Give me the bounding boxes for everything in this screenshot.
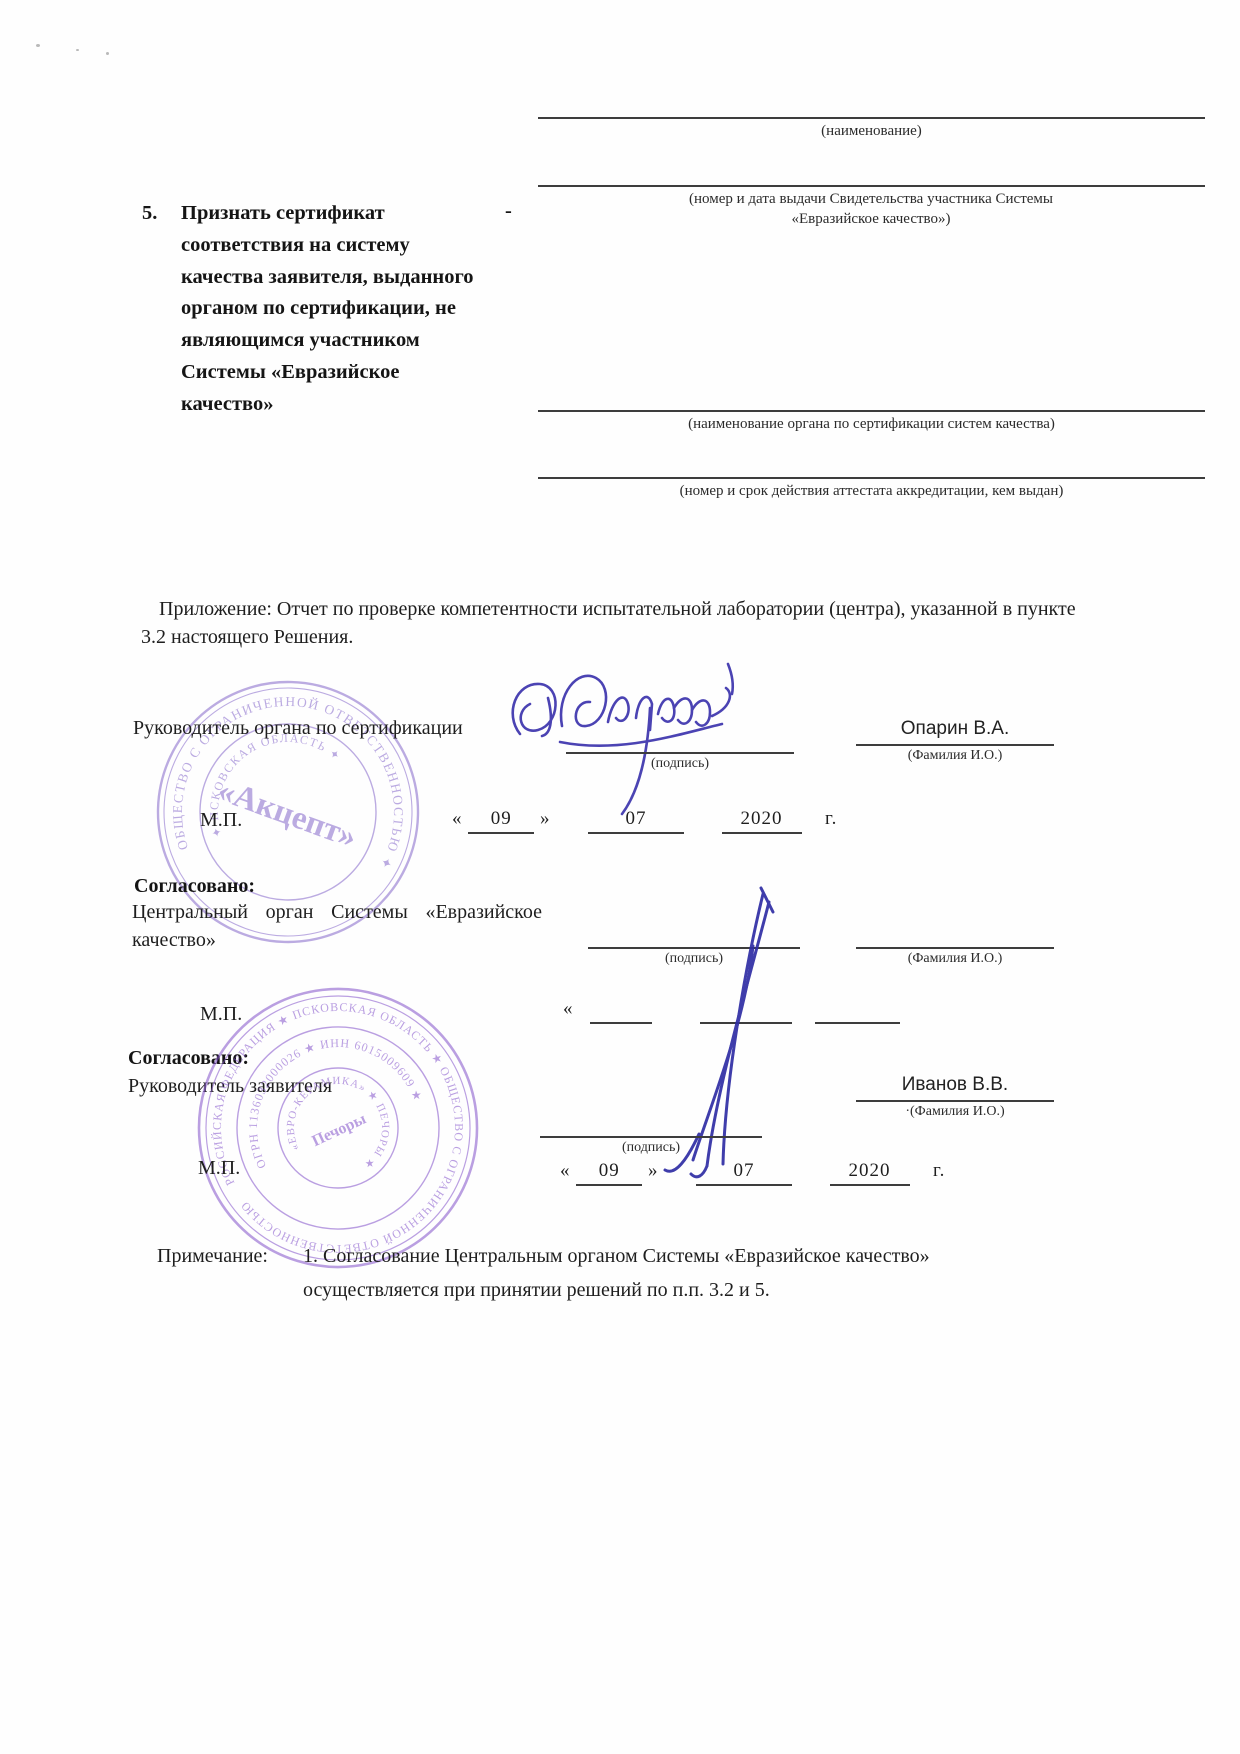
empty-date-row: « — [563, 998, 574, 1020]
field-caption-certificate-number: (номер и дата выдачи Свидетельства участ… — [661, 189, 1081, 230]
month-value: 07 — [696, 1160, 792, 1186]
quote-open: « — [563, 998, 574, 1019]
year-value: 2020 — [830, 1160, 910, 1186]
field-caption-name: (наименование) — [538, 121, 1205, 141]
note-label: Примечание: — [157, 1242, 268, 1270]
scan-noise-speck — [106, 52, 109, 55]
agreed-1-body: Центральный орган Системы «Евразийское к… — [132, 898, 542, 954]
note-line-1: 1. Согласование Центральным органом Сист… — [303, 1242, 963, 1270]
date-row-1: « 09 » 07 2020 г. — [452, 808, 837, 834]
mp-mark-1: М.П. — [200, 806, 242, 834]
surname-line-3 — [856, 1100, 1054, 1102]
field-caption-cert-body: (наименование органа по сертификации сис… — [538, 414, 1205, 434]
surname-line-1 — [856, 744, 1054, 746]
day-value: 09 — [576, 1160, 642, 1186]
applicant-round-stamp: РОССИЙСКАЯ ФЕДЕРАЦИЯ ★ ПСКОВСКАЯ ОБЛАСТЬ… — [193, 983, 483, 1273]
certification-head-label: Руководитель органа по сертификации — [133, 714, 463, 742]
signature-line-1 — [566, 752, 794, 754]
signature-caption-3: (подпись) — [540, 1140, 762, 1156]
form-field-line-name — [538, 117, 1205, 119]
quote-close: » — [540, 808, 551, 829]
form-field-line-cert-body — [538, 410, 1205, 412]
mp-mark-3: М.П. — [198, 1154, 240, 1182]
note-line-2: осуществляется при принятии решений по п… — [303, 1276, 963, 1304]
stamp-center-text: Печоры — [309, 1110, 369, 1150]
surname-caption-3: ·(Фамилия И.О.) — [856, 1104, 1054, 1120]
quote-open: « — [560, 1160, 571, 1181]
year-value: 2020 — [722, 808, 802, 834]
day-value: 09 — [468, 808, 534, 834]
agreed-1-title: Согласовано: — [134, 872, 255, 900]
surname-line-2 — [856, 947, 1054, 949]
year-suffix: г. — [825, 808, 837, 829]
surname-caption-2: (Фамилия И.О.) — [856, 951, 1054, 967]
surname-oparin: Опарин В.А. — [856, 718, 1054, 740]
clause-5-number: 5. — [142, 198, 157, 230]
form-field-line-accreditation — [538, 477, 1205, 479]
month-value: 07 — [588, 808, 684, 834]
scan-noise-speck — [36, 44, 40, 47]
svg-text:ОГРН 1136032000026 ★ ИНН 60150: ОГРН 1136032000026 ★ ИНН 6015009609 ★ — [213, 1003, 426, 1184]
clause-5-text: Признать сертификат соответствия на сист… — [181, 198, 491, 420]
quote-open: « — [452, 808, 463, 829]
scan-noise-speck — [76, 49, 79, 51]
quote-close: » — [648, 1160, 659, 1181]
blank-line — [815, 1022, 900, 1024]
year-suffix: г. — [933, 1160, 945, 1181]
field-caption-accreditation: (номер и срок действия аттестата аккреди… — [538, 481, 1205, 501]
signature-caption-1: (подпись) — [566, 756, 794, 772]
surname-ivanov: Иванов В.В. — [856, 1074, 1054, 1096]
surname-caption-1: (Фамилия И.О.) — [856, 748, 1054, 764]
stamp-ring-text: ОГРН 1136032000026 ★ ИНН 6015009609 ★ — [213, 1003, 426, 1184]
signature-line-3 — [540, 1136, 762, 1138]
date-row-2: « 09 » 07 2020 г. — [560, 1160, 945, 1186]
dash-mark: - — [505, 196, 512, 228]
oparin-signature — [490, 638, 770, 823]
form-field-line-certificate-number — [538, 185, 1205, 187]
scanned-document-page: (наименование) (номер и дата выдачи Свид… — [0, 0, 1240, 1754]
